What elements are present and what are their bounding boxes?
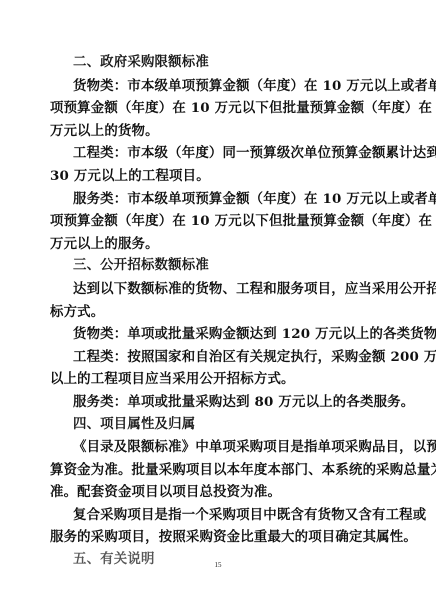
paragraph-line: 算资金为准。批量采购项目以本年度本部门、本系统的采购总量为 bbox=[50, 459, 387, 482]
paragraph-line: 货物类：单项或批量采购金额达到 120 万元以上的各类货物。 bbox=[50, 323, 387, 346]
paragraph-line: 复合采购项目是指一个采购项目中既含有货物又含有工程或 bbox=[50, 504, 387, 527]
paragraph-line: 以上的工程项目应当采用公开招标方式。 bbox=[50, 368, 387, 391]
paragraph-line: 服务类：单项或批量采购达到 80 万元以上的各类服务。 bbox=[50, 391, 387, 414]
paragraph-line: 万元以上的货物。 bbox=[50, 120, 387, 143]
paragraph-line: 项预算金额（年度）在 10 万元以下但批量预算金额（年度）在 30 bbox=[50, 210, 387, 233]
paragraph-line: 达到以下数额标准的货物、工程和服务项目，应当采用公开招 bbox=[50, 278, 387, 301]
paragraph-line: 工程类：按照国家和自治区有关规定执行，采购金额 200 万元 bbox=[50, 346, 387, 369]
section-heading-3: 三、公开招标数额标准 bbox=[50, 255, 387, 278]
paragraph-line: 服务的采购项目，按照采购资金比重最大的项目确定其属性。 bbox=[50, 526, 387, 549]
paragraph-line: 项预算金额（年度）在 10 万元以下但批量预算金额（年度）在 30 bbox=[50, 97, 387, 120]
paragraph-line: 准。配套资金项目以项目总投资为准。 bbox=[50, 481, 387, 504]
paragraph-line: 《目录及限额标准》中单项采购项目是指单项采购品目，以预 bbox=[50, 436, 387, 459]
paragraph-line: 服务类：市本级单项预算金额（年度）在 10 万元以上或者单 bbox=[50, 188, 387, 211]
section-heading-2: 二、政府采购限额标准 bbox=[50, 52, 387, 75]
paragraph-line: 货物类：市本级单项预算金额（年度）在 10 万元以上或者单 bbox=[50, 75, 387, 98]
section-heading-4: 四、项目属性及归属 bbox=[50, 414, 387, 437]
paragraph-line: 工程类：市本级（年度）同一预算级次单位预算金额累计达到 bbox=[50, 142, 387, 165]
paragraph-line: 万元以上的服务。 bbox=[50, 233, 387, 256]
page-number: 15 bbox=[0, 561, 436, 569]
document-page: 二、政府采购限额标准 货物类：市本级单项预算金额（年度）在 10 万元以上或者单… bbox=[0, 0, 436, 616]
paragraph-line: 标方式。 bbox=[50, 301, 387, 324]
page-content: 二、政府采购限额标准 货物类：市本级单项预算金额（年度）在 10 万元以上或者单… bbox=[50, 52, 387, 572]
paragraph-line: 30 万元以上的工程项目。 bbox=[50, 165, 387, 188]
